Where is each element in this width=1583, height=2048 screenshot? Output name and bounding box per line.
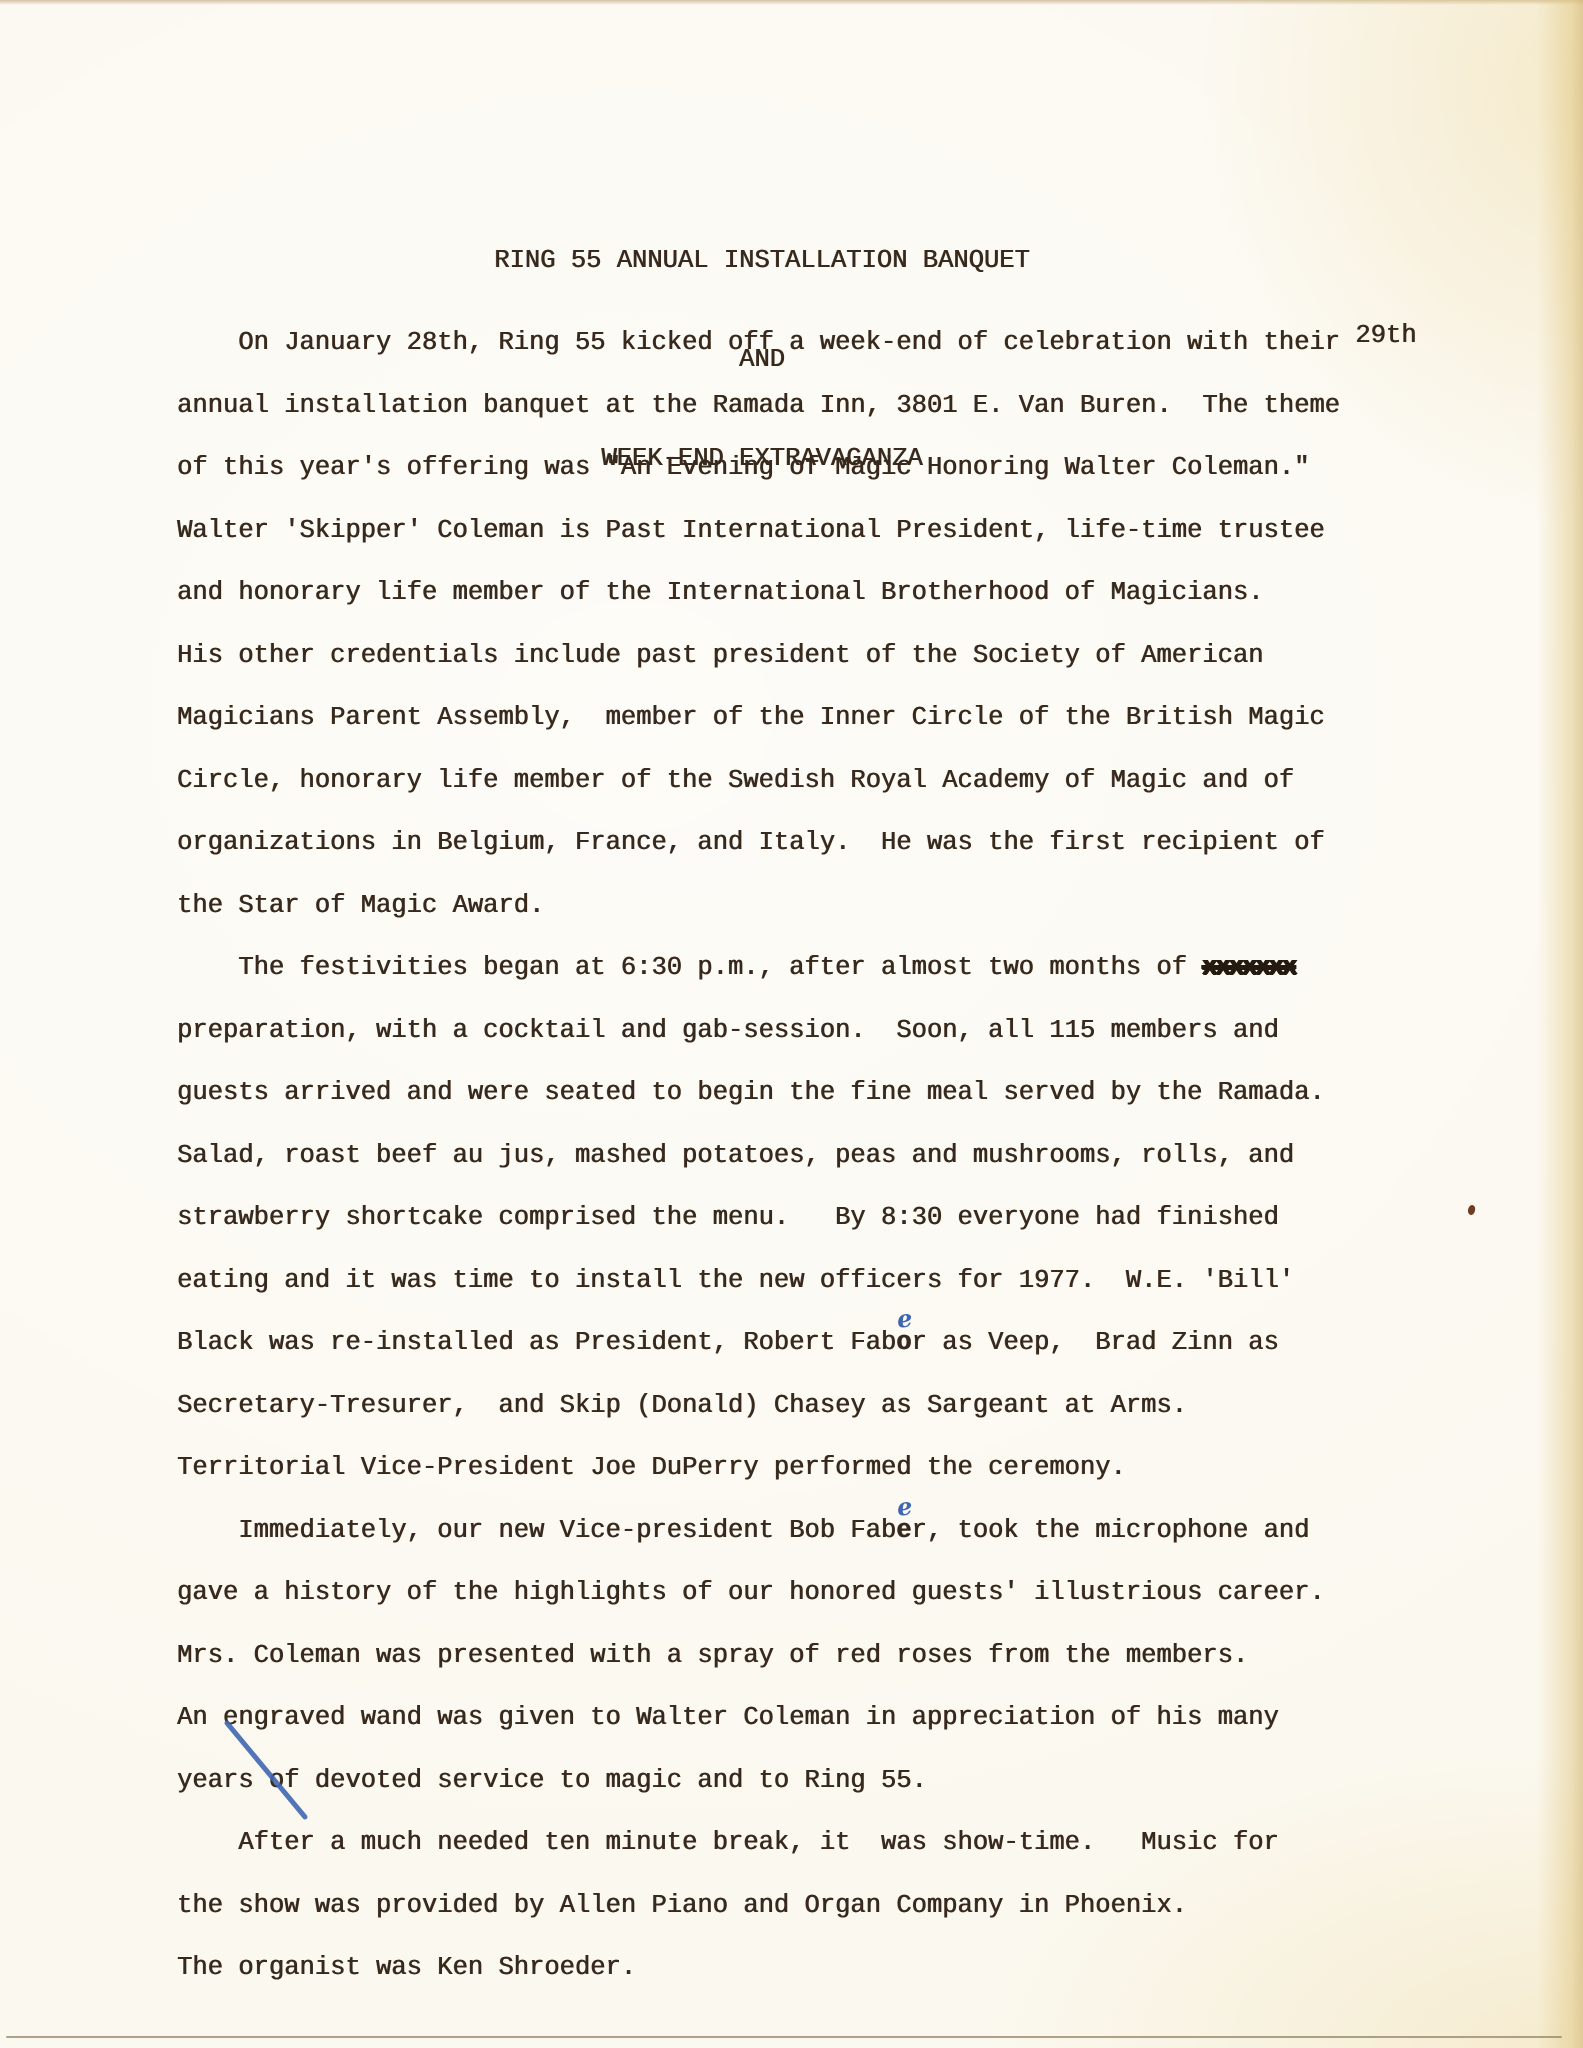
title-line-1: RING 55 ANNUAL INSTALLATION BANQUET <box>177 244 1347 277</box>
text-line: On January 28th, Ring 55 kicked off a we… <box>177 312 1417 375</box>
raised-insertion: 29th <box>1355 321 1416 350</box>
text-line: Magicians Parent Assembly, member of the… <box>177 687 1417 750</box>
text-segment: years of devoted service to magic and to… <box>177 1766 927 1795</box>
text-line: His other credentials include past presi… <box>177 625 1417 688</box>
text-segment: Mrs. Coleman was presented with a spray … <box>177 1641 1248 1670</box>
text-segment: On January 28th, Ring 55 kicked off a we… <box>177 328 1355 357</box>
text-segment: Black was re-installed as President, Rob… <box>177 1328 896 1357</box>
ink-speck <box>1467 1204 1476 1215</box>
text-line: gave a history of the highlights of our … <box>177 1562 1417 1625</box>
text-segment: An engraved wand was given to Walter Col… <box>177 1703 1279 1732</box>
text-segment: organizations in Belgium, France, and It… <box>177 828 1325 857</box>
text-line: strawberry shortcake comprised the menu.… <box>177 1187 1417 1250</box>
text-segment: Walter 'Skipper' Coleman is Past Interna… <box>177 516 1325 545</box>
text-line: the show was provided by Allen Piano and… <box>177 1875 1417 1938</box>
text-line: preparation, with a cocktail and gab-ses… <box>177 1000 1417 1063</box>
text-segment: Territorial Vice-President Joe DuPerry p… <box>177 1453 1126 1482</box>
text-segment: Salad, roast beef au jus, mashed potatoe… <box>177 1141 1294 1170</box>
text-line: of this year's offering was "An Evening … <box>177 437 1417 500</box>
paper-right-edge <box>1537 0 1583 2048</box>
text-segment: and honorary life member of the Internat… <box>177 578 1263 607</box>
overtyped-letter: ee <box>896 1516 911 1545</box>
struck-out-word: xxxxxxx <box>1202 953 1295 982</box>
text-line: Territorial Vice-President Joe DuPerry p… <box>177 1437 1417 1500</box>
text-line: annual installation banquet at the Ramad… <box>177 375 1417 438</box>
text-segment: The festivities began at 6:30 p.m., afte… <box>177 953 1202 982</box>
text-line: Immediately, our new Vice-president Bob … <box>177 1500 1417 1563</box>
text-line: Mrs. Coleman was presented with a spray … <box>177 1625 1417 1688</box>
text-line: Salad, roast beef au jus, mashed potatoe… <box>177 1125 1417 1188</box>
text-segment: Secretary-Tresurer, and Skip (Donald) Ch… <box>177 1391 1187 1420</box>
text-line: Walter 'Skipper' Coleman is Past Interna… <box>177 500 1417 563</box>
text-segment: r as Veep, Brad Zinn as <box>912 1328 1279 1357</box>
text-line: The festivities began at 6:30 p.m., afte… <box>177 937 1417 1000</box>
paper-bottom-edge <box>6 2036 1562 2038</box>
text-segment: Circle, honorary life member of the Swed… <box>177 766 1294 795</box>
text-line: Circle, honorary life member of the Swed… <box>177 750 1417 813</box>
text-line: organizations in Belgium, France, and It… <box>177 812 1417 875</box>
text-segment: preparation, with a cocktail and gab-ses… <box>177 1016 1279 1045</box>
text-line: After a much needed ten minute break, it… <box>177 1812 1417 1875</box>
text-segment: guests arrived and were seated to begin … <box>177 1078 1325 1107</box>
handwritten-correction: e <box>896 1306 914 1331</box>
text-segment: the Star of Magic Award. <box>177 891 544 920</box>
text-line: years of devoted service to magic and to… <box>177 1750 1417 1813</box>
scanned-document-page: RING 55 ANNUAL INSTALLATION BANQUET AND … <box>0 0 1583 2048</box>
text-segment: Immediately, our new Vice-president Bob … <box>177 1516 896 1545</box>
text-line: Black was re-installed as President, Rob… <box>177 1312 1417 1375</box>
text-line: and honorary life member of the Internat… <box>177 562 1417 625</box>
text-segment: His other credentials include past presi… <box>177 641 1263 670</box>
text-segment: of this year's offering was "An Evening … <box>177 453 1309 482</box>
text-line: Secretary-Tresurer, and Skip (Donald) Ch… <box>177 1375 1417 1438</box>
text-segment: gave a history of the highlights of our … <box>177 1578 1325 1607</box>
text-segment: strawberry shortcake comprised the menu.… <box>177 1203 1279 1232</box>
text-line: An engraved wand was given to Walter Col… <box>177 1687 1417 1750</box>
overtyped-letter: oe <box>896 1328 911 1357</box>
text-segment: Magicians Parent Assembly, member of the… <box>177 703 1325 732</box>
text-line: eating and it was time to install the ne… <box>177 1250 1417 1313</box>
text-segment: After a much needed ten minute break, it… <box>177 1828 1279 1857</box>
text-line: guests arrived and were seated to begin … <box>177 1062 1417 1125</box>
text-line: The organist was Ken Shroeder. <box>177 1937 1417 2000</box>
text-segment: eating and it was time to install the ne… <box>177 1266 1294 1295</box>
text-line: the Star of Magic Award. <box>177 875 1417 938</box>
text-segment: annual installation banquet at the Ramad… <box>177 391 1340 420</box>
handwritten-correction: e <box>896 1494 914 1519</box>
text-segment: the show was provided by Allen Piano and… <box>177 1891 1187 1920</box>
body-lines: On January 28th, Ring 55 kicked off a we… <box>177 312 1417 2000</box>
text-segment: r, took the microphone and <box>912 1516 1310 1545</box>
text-segment: The organist was Ken Shroeder. <box>177 1953 636 1982</box>
